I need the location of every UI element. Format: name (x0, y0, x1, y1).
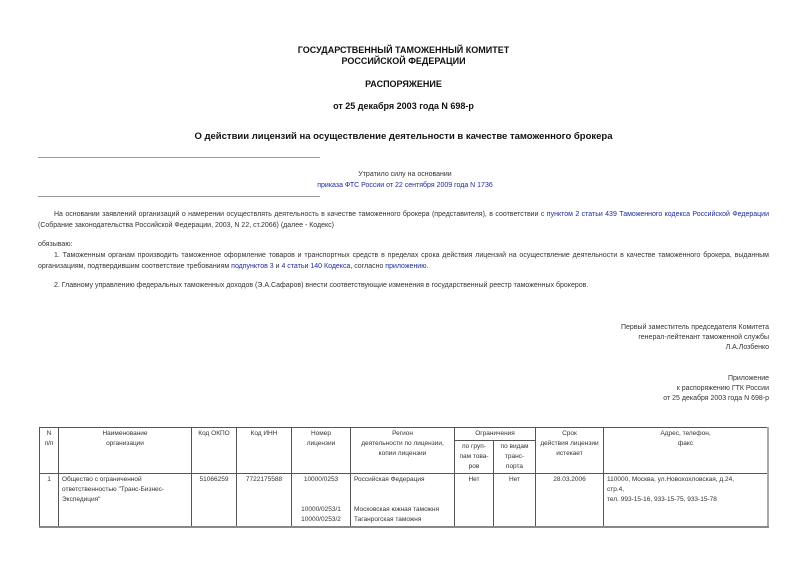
table-header-row: Nп/п Наименованиеорганизации Код ОКПО Ко… (40, 428, 769, 441)
doc-date: от 25 декабря 2003 года N 698-р (0, 101, 807, 112)
col-name: Наименованиеорганизации (59, 428, 192, 474)
col-term: Срокдействия лицензииистекает (536, 428, 604, 474)
appendix-ref: к распоряжению ГТК России (663, 384, 769, 394)
org-name-line1: ГОСУДАРСТВЕННЫЙ ТАМОЖЕННЫЙ КОМИТЕТ (0, 45, 807, 56)
divider-bottom (38, 196, 320, 197)
article-140-link[interactable]: 4 статьи 140 Кодекса (281, 263, 350, 270)
appendix-date: от 25 декабря 2003 года N 698-р (663, 394, 769, 404)
signer-name: Л.А.Лозбенко (621, 343, 769, 353)
intro-text: На основании заявлений организаций о нам… (54, 211, 547, 218)
signature-block: Первый заместитель председателя Комитета… (621, 323, 769, 353)
cell-restr-goods: Нет (455, 474, 494, 528)
col-num: Nп/п (40, 428, 59, 474)
cell-name: Общество с ограниченной ответственностью… (59, 474, 192, 528)
signer-rank: генерал-лейтенант таможенной службы (621, 333, 769, 343)
item-1-text-per: , согласно (350, 263, 385, 270)
repeal-order-link[interactable]: приказа ФТС России от 22 сентября 2009 г… (317, 182, 492, 189)
appendix-link[interactable]: приложению (385, 263, 426, 270)
col-region: Региондеятельности по лицензии,копии лиц… (351, 428, 455, 474)
cell-inn: 7722175588 (237, 474, 292, 528)
cell-num: 1 (40, 474, 59, 528)
col-restr-goods: по груп-пам това-ров (455, 441, 494, 474)
subclauses-link[interactable]: подпунктов 3 (231, 263, 274, 270)
status-note: Утратило силу на основании (205, 170, 605, 180)
cell-regions: Российская Федерация Московская южная та… (351, 474, 455, 528)
doc-type: РАСПОРЯЖЕНИЕ (0, 79, 807, 90)
doc-title: О действии лицензий на осуществление дея… (0, 131, 807, 142)
cell-address: 110000, Москва, ул.Новохохловская, д.24,… (604, 474, 769, 528)
intro-text-cont: (Собрание законодательства Российской Фе… (38, 222, 334, 229)
col-license: Номерлицензии (292, 428, 351, 474)
cell-restr-transport: Нет (494, 474, 536, 528)
cell-okpo: 51066259 (192, 474, 237, 528)
brokers-table: Nп/п Наименованиеорганизации Код ОКПО Ко… (39, 427, 769, 528)
status-link-wrap: приказа ФТС России от 22 сентября 2009 г… (205, 181, 605, 191)
appendix-label: Приложение (663, 374, 769, 384)
customs-code-link[interactable]: пунктом 2 статьи 439 Таможенного кодекса… (547, 211, 769, 218)
col-okpo: Код ОКПО (192, 428, 237, 474)
col-address: Адрес, телефон,факс (604, 428, 769, 474)
col-restr-transport: по видам транс-порта (494, 441, 536, 474)
item-2: 2. Главному управлению федеральных тамож… (38, 280, 769, 291)
appendix-block: Приложение к распоряжению ГТК России от … (663, 374, 769, 404)
org-name-line2: РОССИЙСКОЙ ФЕДЕРАЦИИ (0, 56, 807, 67)
col-inn: Код ИНН (237, 428, 292, 474)
cell-term: 28.03.2006 (536, 474, 604, 528)
item-1: 1. Таможенным органам производить таможе… (38, 250, 769, 272)
intro-paragraph: На основании заявлений организаций о нам… (38, 209, 769, 231)
table-row: 1 Общество с ограниченной ответственност… (40, 474, 769, 528)
obligate-label: обязываю: (38, 239, 769, 250)
signer-position: Первый заместитель председателя Комитета (621, 323, 769, 333)
divider-top (38, 157, 320, 158)
item-1-text-end: . (426, 263, 428, 270)
col-restrictions: Ограничения (455, 428, 536, 441)
cell-licenses: 10000/0253 10000/0253/1 10000/0253/2 (292, 474, 351, 528)
